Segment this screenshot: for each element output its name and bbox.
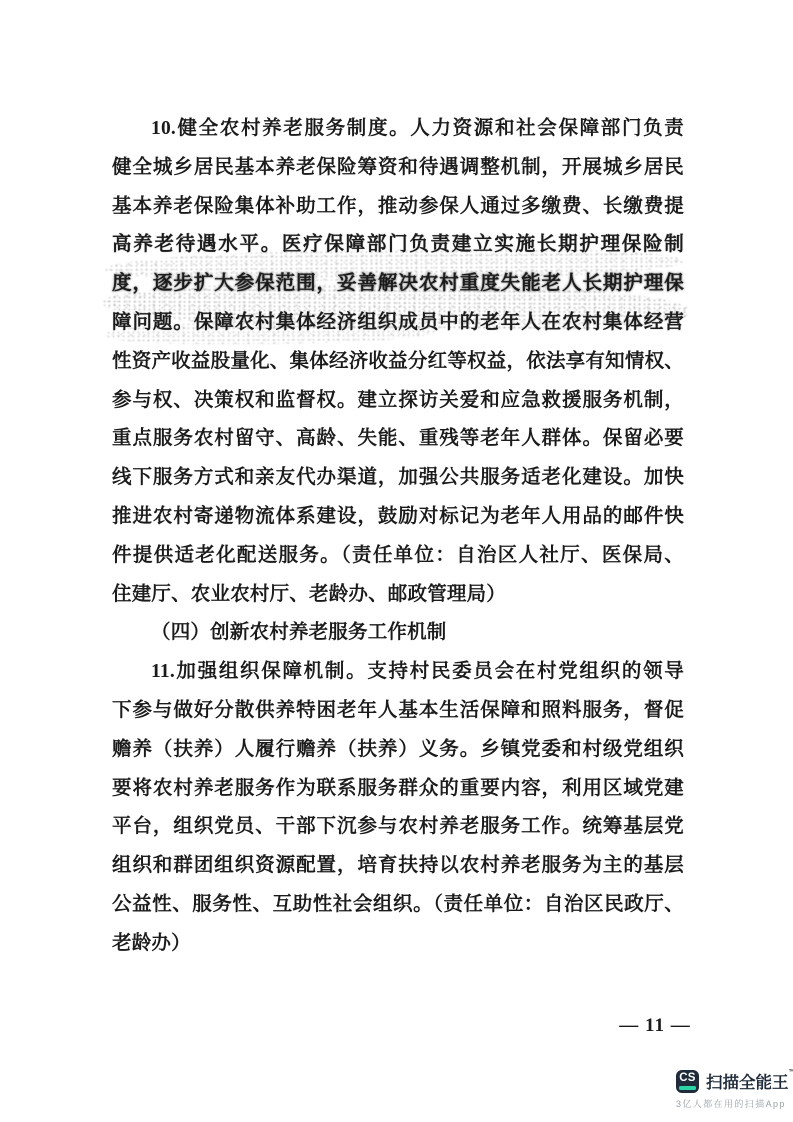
line-text: 参与权、决策权和监督权。建立探访关爱和应急救援服务机制， xyxy=(112,390,684,411)
text-line: 10.健全农村养老服务制度。人力资源和社会保障部门负责 xyxy=(112,110,684,149)
camscanner-logo-icon: CS xyxy=(676,1070,699,1093)
line-text: 11.加强组织保障机制。支持村民委员会在村党组织的领导 xyxy=(151,661,684,682)
document-body: 10.健全农村养老服务制度。人力资源和社会保障部门负责 健全城乡居民基本养老保险… xyxy=(112,110,684,964)
text-line: 参与权、决策权和监督权。建立探访关爱和应急救援服务机制， xyxy=(112,382,684,421)
trademark-symbol: ™ xyxy=(789,1069,793,1076)
text-line: 健全城乡居民基本养老保险筹资和待遇调整机制，开展城乡居民 xyxy=(112,149,684,188)
text-line: 高养老待遇水平。医疗保障部门负责建立实施长期护理保险制 xyxy=(112,226,684,265)
text-line: 公益性、服务性、互助性社会组织。（责任单位：自治区民政厅、 xyxy=(112,886,684,925)
text-line: 住建厅、农业农村厅、老龄办、邮政管理局） xyxy=(112,576,684,615)
text-line: 下参与做好分散供养特困老年人基本生活保障和照料服务，督促 xyxy=(112,692,684,731)
text-line: 平台，组织党员、干部下沉参与农村养老服务工作。统筹基层党 xyxy=(112,808,684,847)
page-number: — 11 — xyxy=(605,1015,705,1037)
logo-cs-letters: CS xyxy=(679,1072,696,1084)
text-line: 11.加强组织保障机制。支持村民委员会在村党组织的领导 xyxy=(112,653,684,692)
line-text: 线下服务方式和亲友代办渠道，加强公共服务适老化建设。加快 xyxy=(112,467,684,488)
line-text: 基本养老保险集体补助工作，推动参保人通过多缴费、长缴费提 xyxy=(112,196,684,217)
line-text: 要将农村养老服务作为联系服务群众的重要内容，利用区域党建 xyxy=(112,778,684,799)
line-text: 件提供适老化配送服务。 xyxy=(112,545,341,566)
section-heading: （四）创新农村养老服务工作机制 xyxy=(112,614,684,653)
line-text: 健全城乡居民基本养老保险筹资和待遇调整机制，开展城乡居民 xyxy=(112,157,684,178)
responsible-units-text: （责任单位：自治区人社厅、医保局、 xyxy=(341,545,684,566)
text-line: 度，逐步扩大参保范围，妥善解决农村重度失能老人长期护理保 xyxy=(112,265,684,304)
line-text: 高养老待遇水平。医疗保障部门负责建立实施长期护理保险制 xyxy=(112,234,684,255)
text-line: 基本养老保险集体补助工作，推动参保人通过多缴费、长缴费提 xyxy=(112,188,684,227)
line-text: 推进农村寄递物流体系建设，鼓励对标记为老年人用品的邮件快 xyxy=(112,506,684,527)
text-line: 老龄办） xyxy=(112,925,684,964)
line-text: 度，逐步扩大参保范围，妥善解决农村重度失能老人长期护理保 xyxy=(112,273,684,294)
line-text: 障问题。保障农村集体经济组织成员中的老年人在农村集体经营 xyxy=(112,312,684,333)
line-text: 赡养（扶养）人履行赡养（扶养）义务。乡镇党委和村级党组织 xyxy=(112,739,684,760)
watermark-brand-name: 扫描全能王™ xyxy=(706,1069,793,1093)
text-line: 线下服务方式和亲友代办渠道，加强公共服务适老化建设。加快 xyxy=(112,459,684,498)
line-text: 下参与做好分散供养特困老年人基本生活保障和照料服务，督促 xyxy=(112,700,684,721)
text-line: 推进农村寄递物流体系建设，鼓励对标记为老年人用品的邮件快 xyxy=(112,498,684,537)
line-text: 平台，组织党员、干部下沉参与农村养老服务工作。统筹基层党 xyxy=(112,816,684,837)
responsible-units-text: 住建厅、农业农村厅、老龄办、邮政管理局） xyxy=(112,584,506,605)
line-text: 重点服务农村留守、高龄、失能、重残等老年人群体。保留必要 xyxy=(112,428,684,449)
text-line: 障问题。保障农村集体经济组织成员中的老年人在农村集体经营 xyxy=(112,304,684,343)
text-line: 重点服务农村留守、高龄、失能、重残等老年人群体。保留必要 xyxy=(112,420,684,459)
camscanner-watermark: CS 扫描全能王™ 3亿人都在用的扫描App xyxy=(676,1069,793,1110)
line-text: 性资产收益股量化、集体经济收益分红等权益，依法享有知情权、 xyxy=(112,351,684,372)
watermark-tagline: 3亿人都在用的扫描App xyxy=(676,1097,793,1110)
responsible-units-text: （责任单位：自治区民政厅、 xyxy=(433,894,684,915)
responsible-units-text: 老龄办） xyxy=(112,933,191,954)
watermark-logo-row: CS 扫描全能王™ xyxy=(676,1069,793,1093)
section-heading-text: （四）创新农村养老服务工作机制 xyxy=(151,622,447,643)
line-text: 10.健全农村养老服务制度。人力资源和社会保障部门负责 xyxy=(151,118,684,139)
text-line: 组织和群团组织资源配置，培育扶持以农村养老服务为主的基层 xyxy=(112,847,684,886)
line-text: 组织和群团组织资源配置，培育扶持以农村养老服务为主的基层 xyxy=(112,855,684,876)
scanned-document-page: 10.健全农村养老服务制度。人力资源和社会保障部门负责 健全城乡居民基本养老保险… xyxy=(0,0,793,1122)
brand-text: 扫描全能王 xyxy=(706,1074,789,1092)
text-line: 性资产收益股量化、集体经济收益分红等权益，依法享有知情权、 xyxy=(112,343,684,382)
logo-accent-bar xyxy=(679,1086,696,1090)
text-line: 要将农村养老服务作为联系服务群众的重要内容，利用区域党建 xyxy=(112,770,684,809)
text-line: 件提供适老化配送服务。（责任单位：自治区人社厅、医保局、 xyxy=(112,537,684,576)
text-line: 赡养（扶养）人履行赡养（扶养）义务。乡镇党委和村级党组织 xyxy=(112,731,684,770)
line-text: 公益性、服务性、互助性社会组织。 xyxy=(112,894,433,915)
